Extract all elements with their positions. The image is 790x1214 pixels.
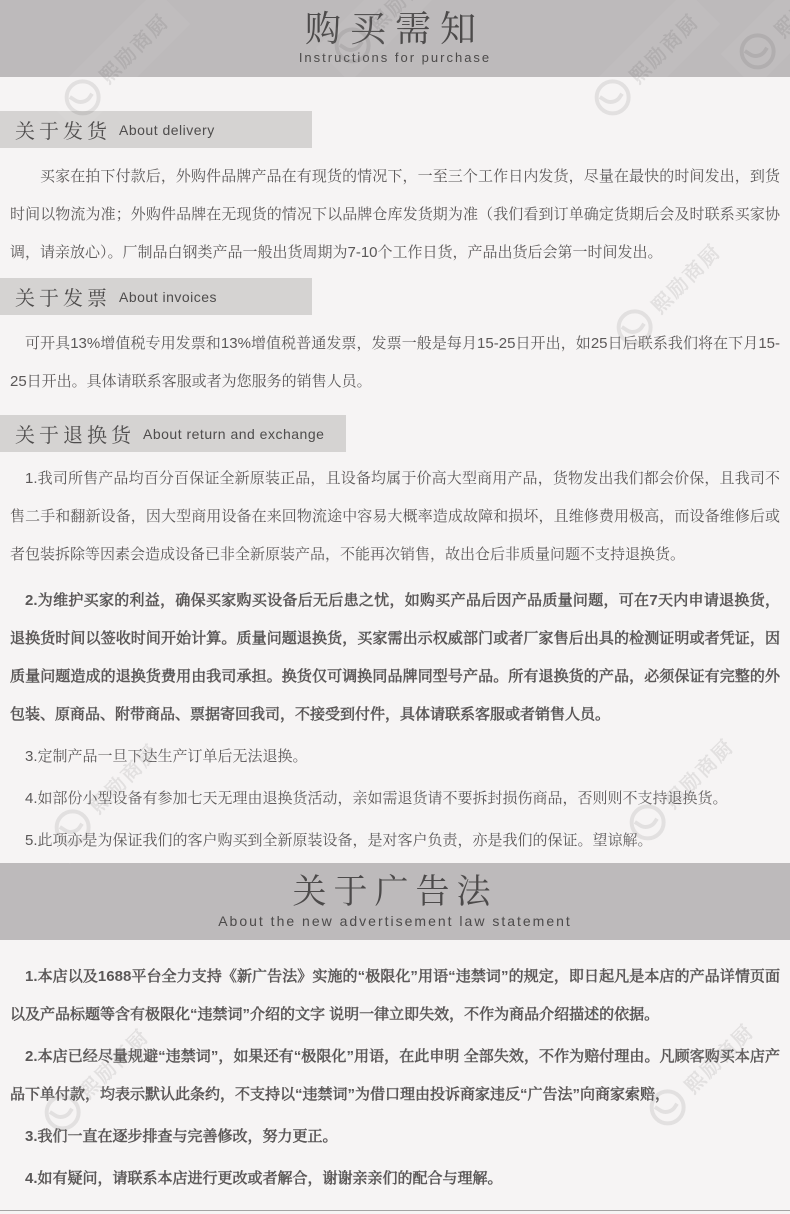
ad-law-subtitle: About the new advertisement law statemen… (0, 913, 790, 929)
section-title-cn: 关于发货 (15, 115, 111, 144)
brand-ring-icon (587, 72, 638, 123)
paragraph: 买家在拍下付款后，外购件品牌产品在有现货的情况下，一至三个工作日内发货，尽量在最… (10, 158, 780, 272)
ad-law-banner: 关于广告法 About the new advertisement law st… (0, 863, 790, 940)
paragraph: 5.此项亦是为保证我们的客户购买到全新原装设备，是对客户负责，亦是我们的保证。望… (10, 822, 780, 860)
section-return-exchange-content: 1.我司所售产品均百分百保证全新原装正品，且设备均属于价高大型商用产品，货物发出… (0, 460, 790, 860)
paragraph: 3.定制产品一旦下达生产订单后无法退换。 (10, 738, 780, 776)
paragraph: 1.本店以及1688平台全力支持《新广告法》实施的“极限化”用语“违禁词”的规定… (10, 958, 780, 1034)
section-delivery-content: 买家在拍下付款后，外购件品牌产品在有现货的情况下，一至三个工作日内发货，尽量在最… (0, 158, 790, 272)
paragraph: 4.如部份小型设备有参加七天无理由退换货活动，亲如需退货请不要拆封损伤商品，否则… (10, 780, 780, 818)
page-title: 购买需知 (0, 9, 790, 49)
paragraph: 2.为维护买家的利益，确保买家购买设备后无后患之忧，如购买产品后因产品质量问题，… (10, 582, 780, 734)
section-header-delivery: 关于发货 About delivery (0, 111, 312, 148)
section-header-return-exchange: 关于退换货 About return and exchange (0, 415, 346, 452)
bottom-divider (0, 1210, 790, 1211)
section-title-en: About invoices (119, 289, 217, 305)
section-invoices-content: 可开具13%增值税专用发票和13%增值税普通发票，发票一般是每月15-25日开出… (0, 325, 790, 401)
paragraph: 可开具13%增值税专用发票和13%增值税普通发票，发票一般是每月15-25日开出… (10, 325, 780, 401)
paragraph: 4.如有疑问，请联系本店进行更改或者解合，谢谢亲亲们的配合与理解。 (10, 1160, 780, 1198)
ad-law-content: 1.本店以及1688平台全力支持《新广告法》实施的“极限化”用语“违禁词”的规定… (0, 958, 790, 1198)
paragraph: 1.我司所售产品均百分百保证全新原装正品，且设备均属于价高大型商用产品，货物发出… (10, 460, 780, 574)
section-title-cn: 关于发票 (15, 282, 111, 311)
purchase-notice-page: 购买需知 Instructions for purchase 关于发货 Abou… (0, 0, 790, 1198)
ad-law-title: 关于广告法 (0, 871, 790, 913)
section-title-cn: 关于退换货 (15, 419, 135, 448)
section-header-invoices: 关于发票 About invoices (0, 278, 312, 315)
section-title-en: About delivery (119, 122, 215, 138)
paragraph: 2.本店已经尽量规避“违禁词”，如果还有“极限化”用语，在此申明 全部失效，不作… (10, 1038, 780, 1114)
page-subtitle: Instructions for purchase (0, 50, 790, 65)
page-header-banner: 购买需知 Instructions for purchase (0, 0, 790, 77)
paragraph: 3.我们一直在逐步排查与完善修改，努力更正。 (10, 1118, 780, 1156)
section-title-en: About return and exchange (143, 426, 324, 442)
